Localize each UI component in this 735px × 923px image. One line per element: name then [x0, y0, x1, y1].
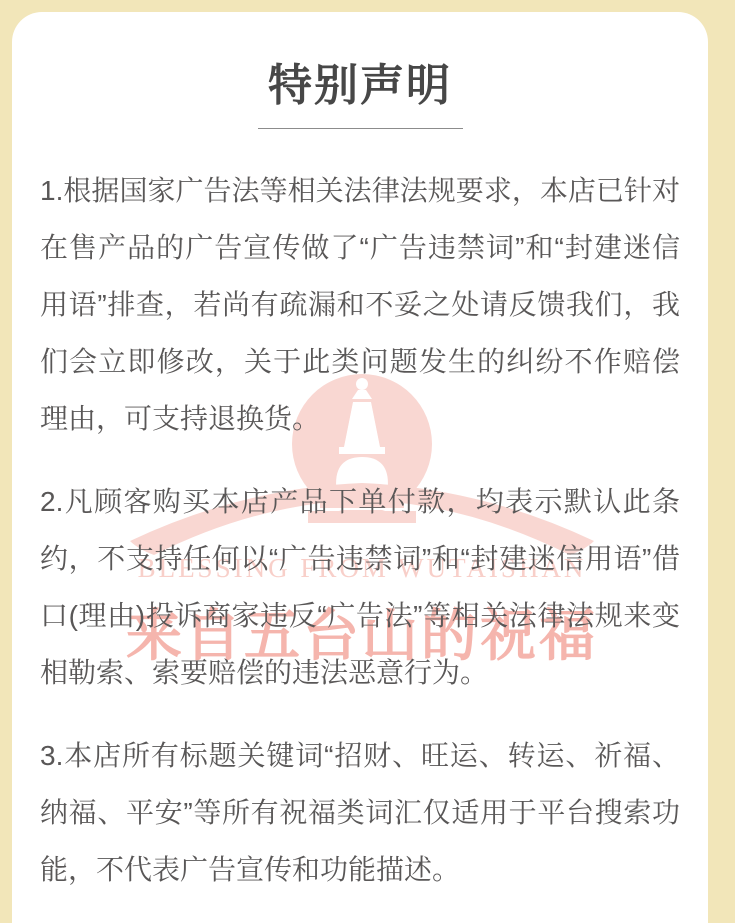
page-title: 特别声明: [12, 62, 708, 110]
disclaimer-paragraph-3: 3.本店所有标题关键词“招财、旺运、转运、祈福、纳福、平安”等所有祝福类词汇仅适…: [40, 727, 680, 898]
page-background: BLESSING FROM WUTAISHAN 来自五台山的祝福 特别声明 1.…: [0, 0, 735, 923]
title-underline: [258, 128, 463, 129]
title-section: 特别声明: [12, 62, 708, 129]
disclaimer-paragraph-2: 2.凡顾客购买本店产品下单付款，均表示默认此条约，不支持任何以“广告违禁词”和“…: [40, 473, 680, 701]
statement-body: 1.根据国家广告法等相关法律法规要求，本店已针对在售产品的广告宣传做了“广告违禁…: [12, 162, 708, 898]
disclaimer-paragraph-1: 1.根据国家广告法等相关法律法规要求，本店已针对在售产品的广告宣传做了“广告违禁…: [40, 162, 680, 447]
statement-card: BLESSING FROM WUTAISHAN 来自五台山的祝福 特别声明 1.…: [12, 12, 708, 923]
